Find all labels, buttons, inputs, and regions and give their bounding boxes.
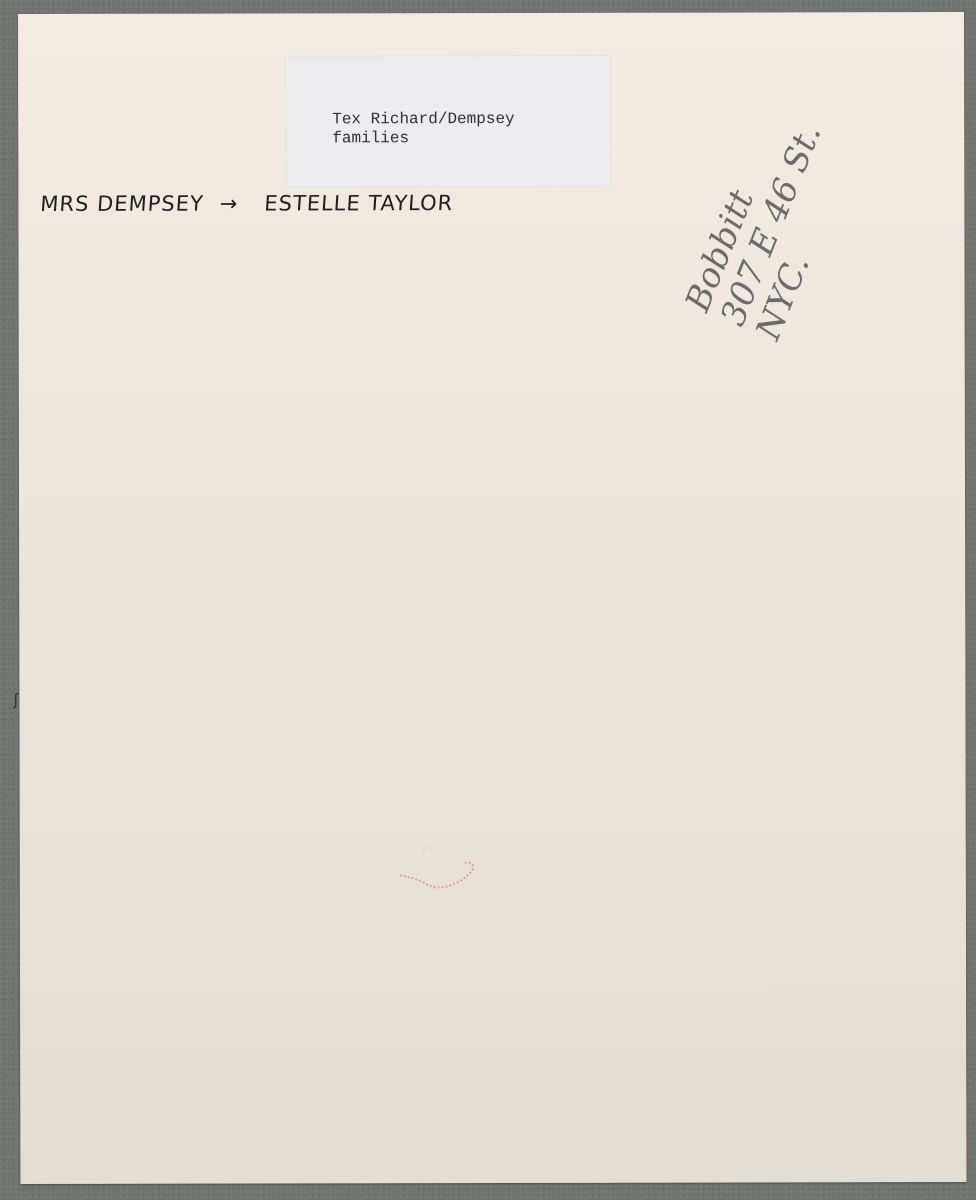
handwritten-subject: MRS DEMPSEY (40, 192, 205, 216)
photo-back-paper: Tex Richard/Dempsey families MRS DEMPSEY… (18, 12, 966, 1184)
typed-caption-text: Tex Richard/Dempsey families (332, 110, 515, 148)
red-stamp-mark-icon (380, 833, 480, 903)
handwritten-name: ESTELLE TAYLOR (264, 191, 455, 215)
edge-pencil-mark: ʃ (13, 690, 18, 709)
handwritten-identification: MRS DEMPSEY→ESTELLE TAYLOR (40, 191, 454, 216)
pencil-address-note: Bobbitt 307 E 46 St. NYC. (679, 105, 864, 345)
caption-line-2: families (332, 129, 409, 147)
arrow-icon: → (219, 192, 239, 216)
typed-caption-label: Tex Richard/Dempsey families (286, 56, 610, 187)
caption-line-1: Tex Richard/Dempsey (332, 110, 514, 128)
